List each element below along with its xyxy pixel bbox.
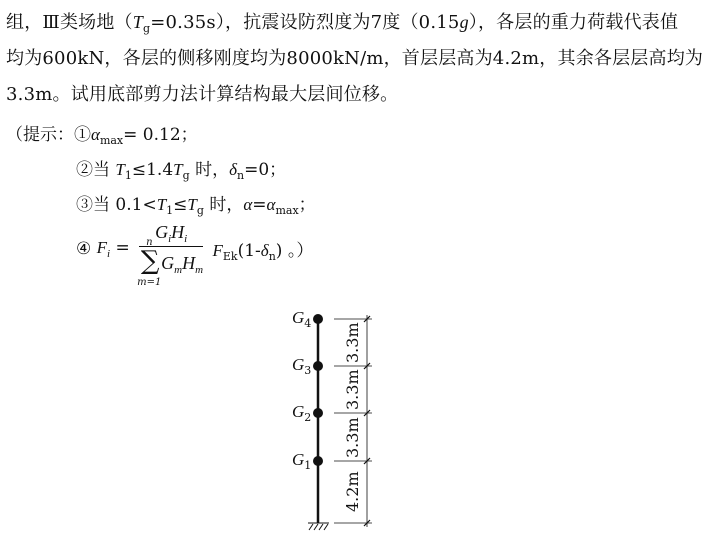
dimension-label-story-2: 3.3m xyxy=(343,418,363,458)
g-symbol: G xyxy=(292,402,304,421)
subscript: 2 xyxy=(304,411,311,424)
dimension-label-story-4: 3.3m xyxy=(343,323,363,363)
mass-node-g3 xyxy=(313,361,323,371)
g-symbol: G xyxy=(292,355,304,374)
fixed-support-icon xyxy=(308,523,329,530)
subscript: 1 xyxy=(304,459,311,472)
mass-node-g2 xyxy=(313,408,323,418)
node-label-g1: G1 xyxy=(292,450,311,472)
g-symbol: G xyxy=(292,450,304,469)
node-label-g2: G2 xyxy=(292,402,311,424)
node-label-g3: G3 xyxy=(292,355,311,377)
g-symbol: G xyxy=(292,308,304,327)
mass-node-g4 xyxy=(313,314,323,324)
structure-diagram xyxy=(0,0,725,539)
node-label-g4: G4 xyxy=(292,308,311,330)
subscript: 4 xyxy=(304,317,311,330)
dimension-label-story-3: 3.3m xyxy=(343,370,363,410)
dimension-label-story-1: 4.2m xyxy=(343,472,363,512)
subscript: 3 xyxy=(304,364,311,377)
mass-node-g1 xyxy=(313,456,323,466)
